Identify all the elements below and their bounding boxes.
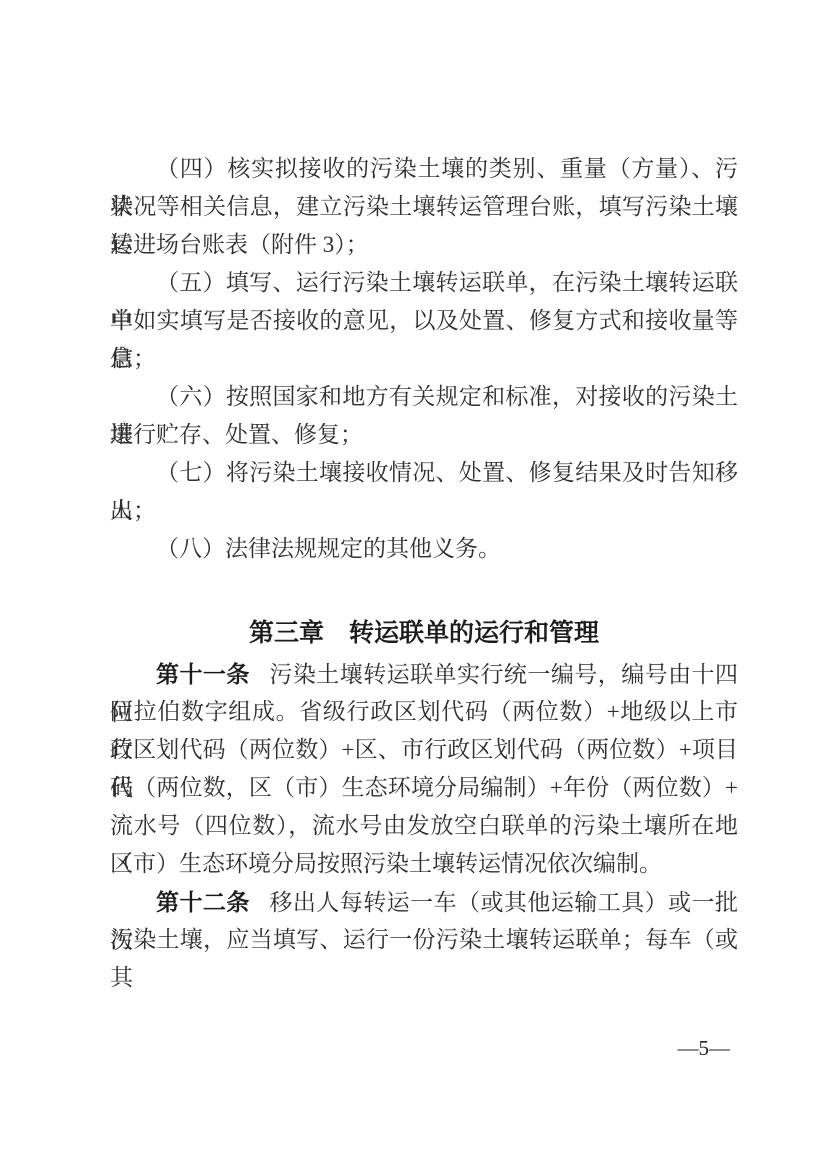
item-7-line-1: （七）将污染土壤接收情况、处置、修复结果及时告知移出 <box>110 454 738 492</box>
article-11-line-6: （市）生态环境分局按照污染土壤转运情况依次编制。 <box>110 845 738 883</box>
article-11-number: 第十一条 <box>156 661 250 687</box>
document-page: （四）核实拟接收的污染土壤的类别、重量（方量）、污染 状况等相关信息，建立污染土… <box>0 0 826 1169</box>
item-4-line-1: （四）核实拟接收的污染土壤的类别、重量（方量）、污染 <box>110 150 738 188</box>
article-12-line-2: 污染土壤，应当填写、运行一份污染土壤转运联单；每车（或其 <box>110 921 738 959</box>
item-5-line-3: 息； <box>110 340 738 378</box>
article-12-line-1: 第十二条移出人每转运一车（或其他运输工具）或一批次 <box>110 883 738 921</box>
item-4-line-2: 状况等相关信息，建立污染土壤转运管理台账，填写污染土壤转 <box>110 188 738 226</box>
article-11-line-4: 码（两位数，区（市）生态环境分局编制）+年份（两位数）+ <box>110 769 738 807</box>
article-11-line-1: 第十一条污染土壤转运联单实行统一编号，编号由十四位 <box>110 655 738 693</box>
item-5-line-2: 中如实填写是否接收的意见，以及处置、修复方式和接收量等信 <box>110 302 738 340</box>
article-11-line-2: 阿拉伯数字组成。省级行政区划代码（两位数）+地级以上市行 <box>110 693 738 731</box>
page-number: —5— <box>678 1036 731 1060</box>
item-6-line-1: （六）按照国家和地方有关规定和标准，对接收的污染土壤 <box>110 378 738 416</box>
document-body: （四）核实拟接收的污染土壤的类别、重量（方量）、污染 状况等相关信息，建立污染土… <box>110 150 738 959</box>
item-7-line-2: 人； <box>110 492 738 530</box>
article-11-line-3: 政区划代码（两位数）+区、市行政区划代码（两位数）+项目代 <box>110 731 738 769</box>
item-6-line-2: 进行贮存、处置、修复； <box>110 416 738 454</box>
item-8-line-1: （八）法律法规规定的其他义务。 <box>110 530 738 568</box>
item-5-line-1: （五）填写、运行污染土壤转运联单，在污染土壤转运联单 <box>110 264 738 302</box>
chapter-3-heading: 第三章 转运联单的运行和管理 <box>110 613 738 653</box>
article-11-line-5: 流水号（四位数），流水号由发放空白联单的污染土壤所在地区 <box>110 807 738 845</box>
article-12-number: 第十二条 <box>156 889 250 915</box>
item-4-line-3: 运进场台账表（附件 3）； <box>110 226 738 264</box>
